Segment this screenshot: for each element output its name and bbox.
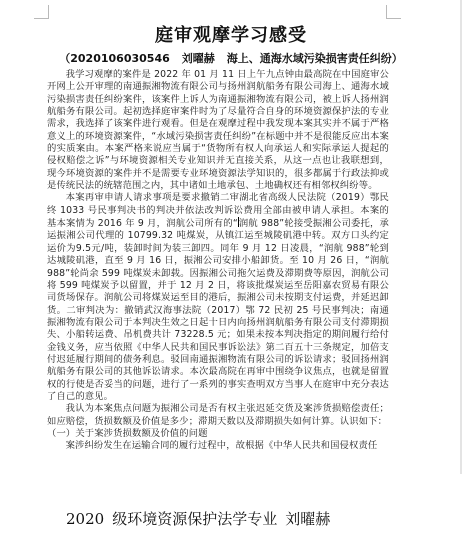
- document-subtitle: （2020106030546刘曜赫海上、通海水域污染损害责任纠纷）: [0, 50, 462, 66]
- caption-major: 级环境资源保护法学专业: [112, 510, 277, 528]
- student-name: 刘曜赫: [182, 52, 215, 65]
- margin-corner-mark-top-left: [34, 5, 49, 19]
- paragraph-opinion: 我认为本案焦点问题为振湘公司是否有权主张迟延交货及案涉货损赔偿责任；如应赔偿，货…: [47, 403, 389, 428]
- student-id: 2020106030546: [70, 52, 170, 65]
- document-body[interactable]: 我学习观摩的案件是 2022 年 01 月 11 日上午九点钟由最高院在中国庭审…: [47, 69, 389, 453]
- subtitle-close-paren: ）: [392, 52, 403, 65]
- caption-grade: 2020: [66, 510, 104, 528]
- document-title: 庭审观摩学习感受: [0, 21, 462, 47]
- subtitle-open-paren: （: [59, 52, 70, 65]
- margin-corner-mark-top-right: [386, 5, 401, 19]
- paragraph-intro: 我学习观摩的案件是 2022 年 01 月 11 日上午九点钟由最高院在中国庭审…: [47, 69, 389, 192]
- caption-author: 刘曜赫: [285, 510, 330, 528]
- document-page[interactable]: 庭审观摩学习感受 （2020106030546刘曜赫海上、通海水域污染损害责任纠…: [0, 0, 462, 474]
- case-name: 海上、通海水域污染损害责任纠纷: [227, 52, 392, 65]
- section-heading-1: （一）关于案涉货损数额及价值的问题: [47, 428, 389, 440]
- author-caption: 2020级环境资源保护法学专业刘曜赫: [66, 508, 330, 529]
- paragraph-section-1: 案涉纠纷发生在运输合同的履行过程中，故根据《中华人民共和国侵权责任: [47, 440, 389, 452]
- case-facts-text-after-cursor: 润航 988”轮接受振湘公司委托，承运振湘公司代理的 10799.32 吨煤炭，…: [47, 218, 389, 402]
- paragraph-case-facts: 本案再审申请人请求事项是要求撤销二审湖北省高级人民法院（2019）鄂民终 103…: [47, 192, 389, 403]
